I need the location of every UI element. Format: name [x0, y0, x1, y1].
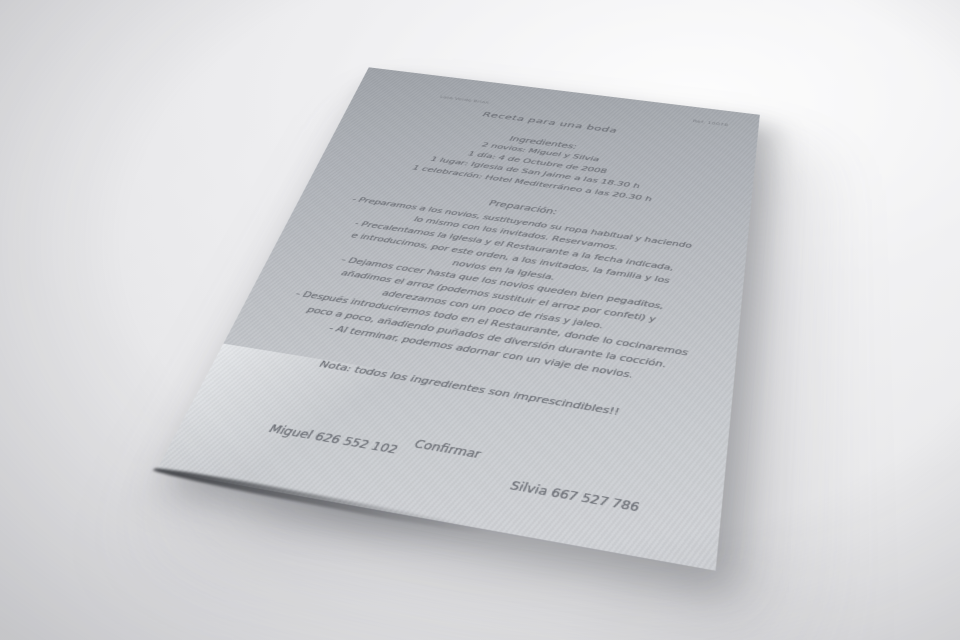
photo-scene: Lara Verde Brian Ref. 10078 Receta para … — [0, 0, 960, 640]
